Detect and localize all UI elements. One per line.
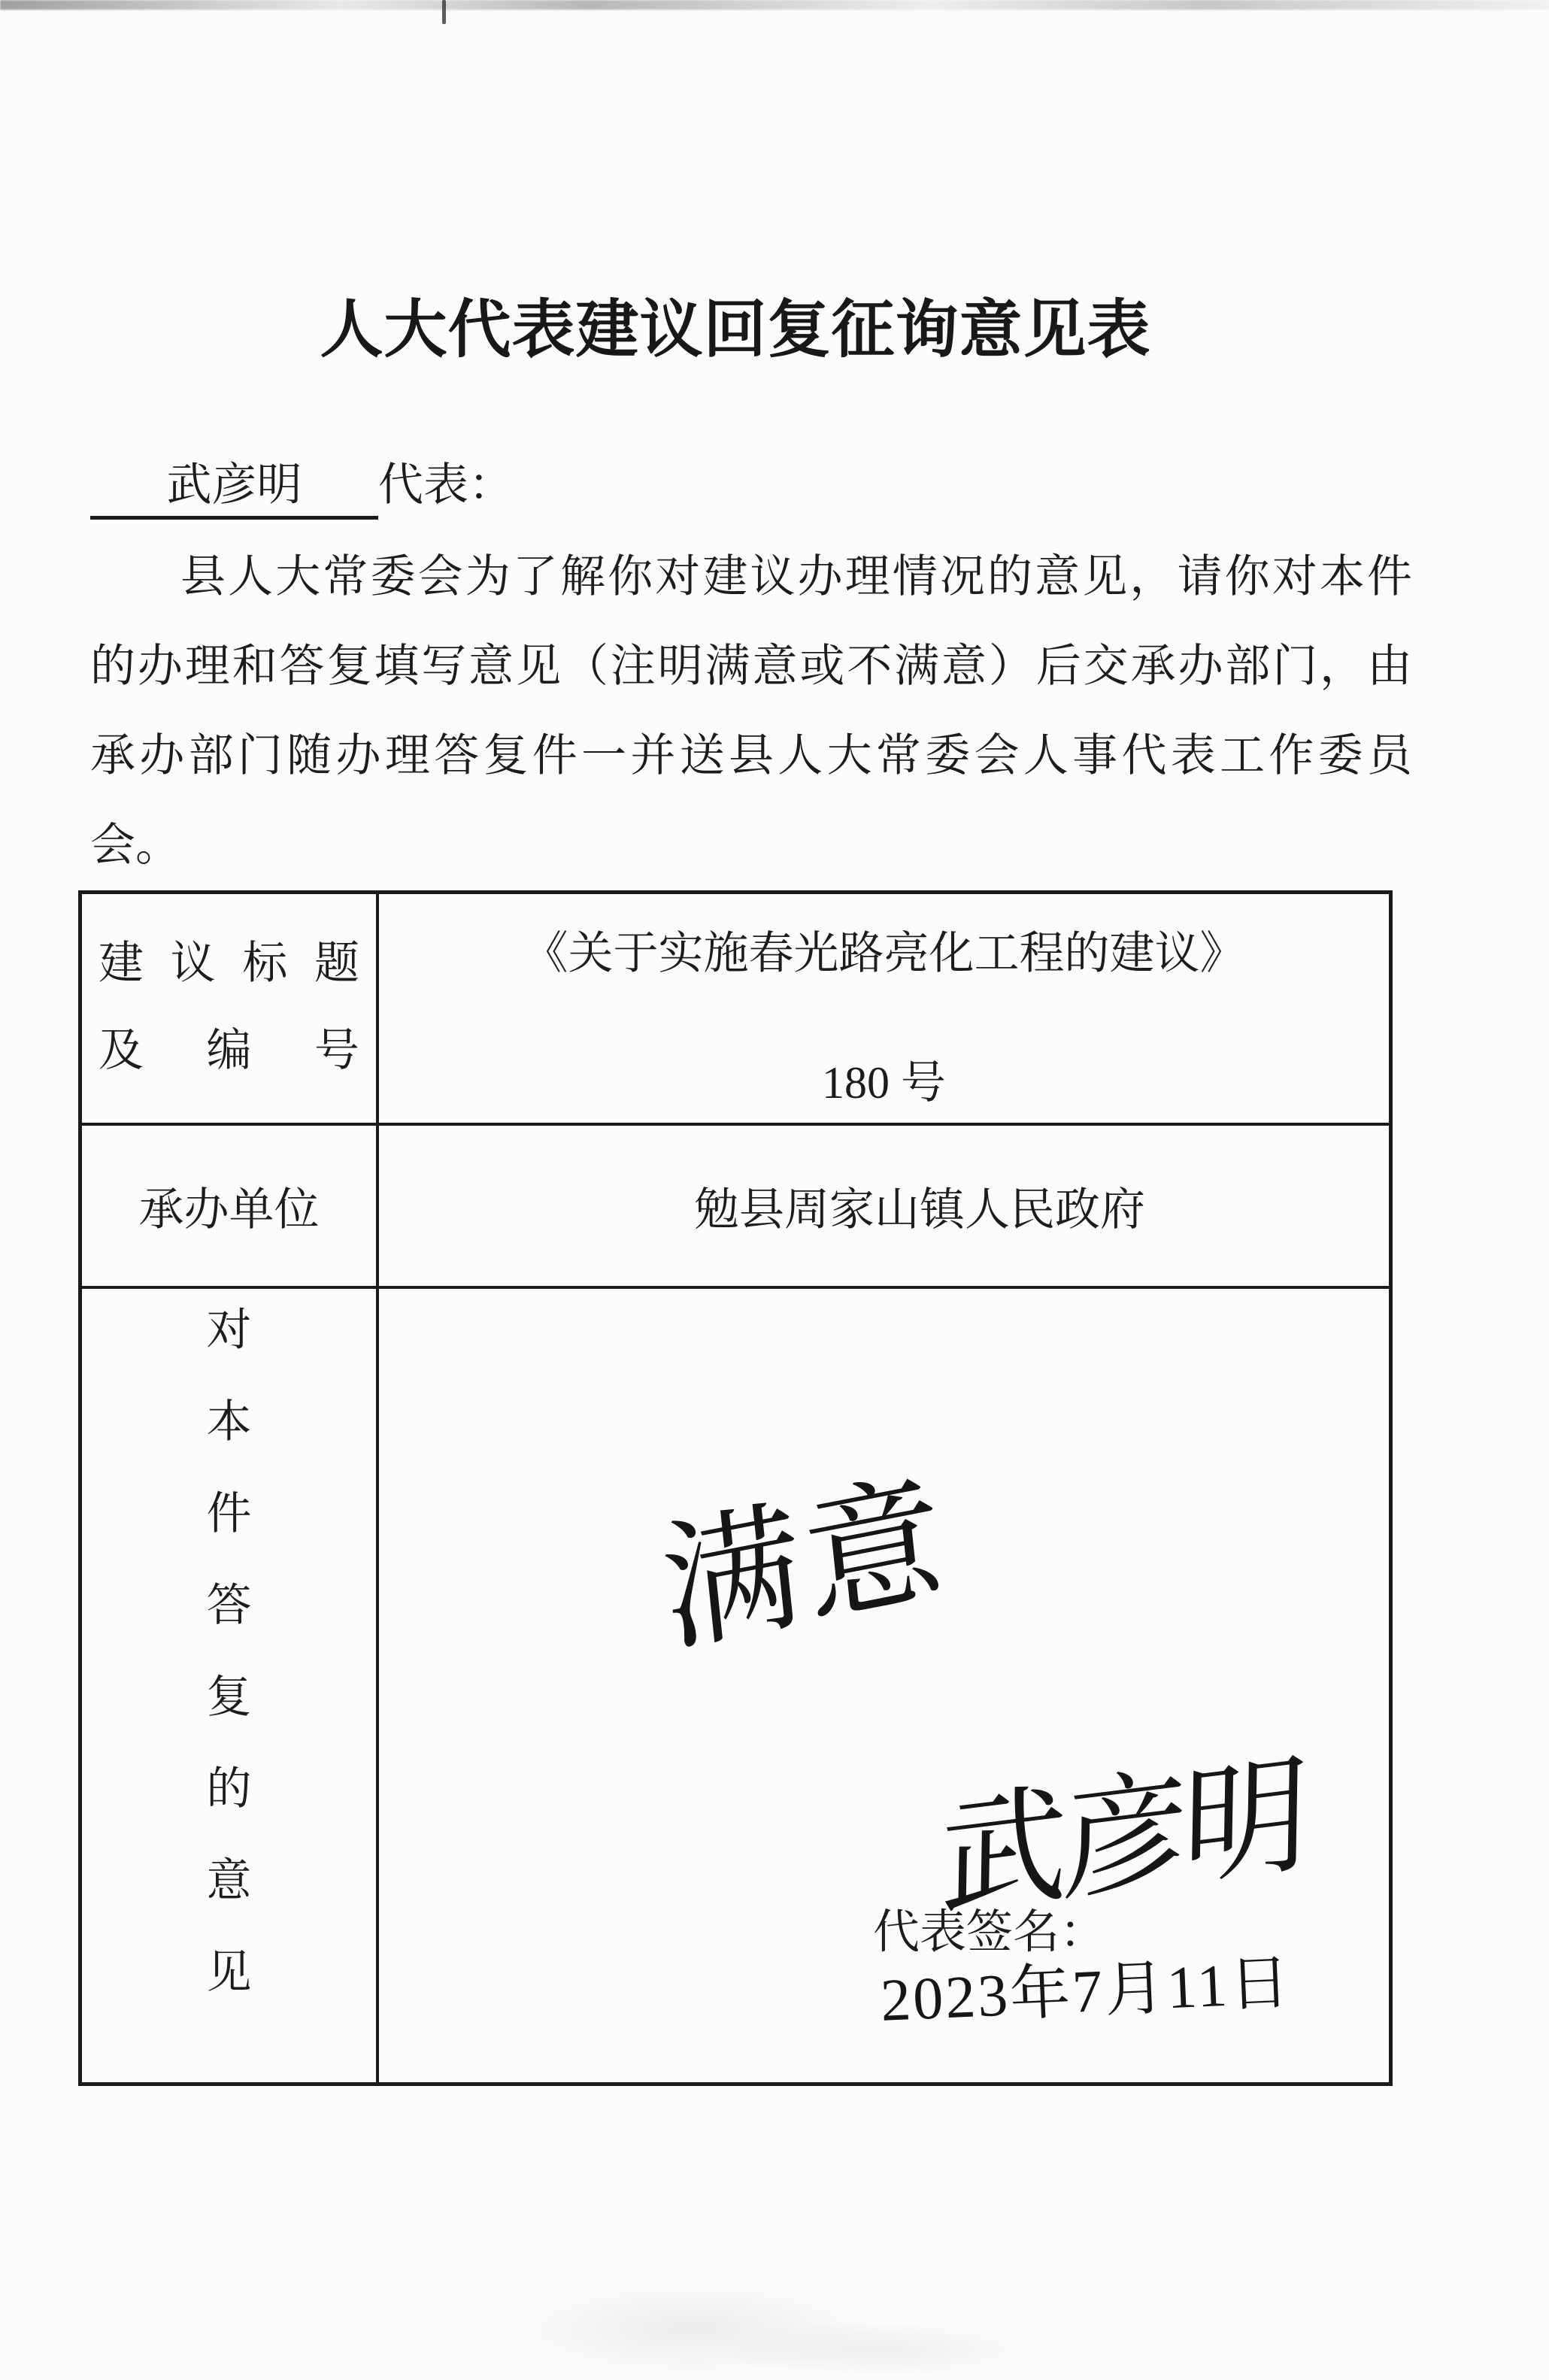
table-row-handling-unit: 承办单位 勉县周家山镇人民政府: [82, 1126, 1389, 1289]
vertical-label-char: 对: [207, 1307, 252, 1354]
paragraph-line: 的办理和答复填写意见（注明满意或不满意）后交承办部门，由: [90, 622, 1412, 711]
suggestion-form-table: 建议标题 及编号 《关于实施春光路亮化工程的建议》 180 号 承办单位 勉县周…: [78, 890, 1393, 2086]
vertical-label-char: 见: [207, 1949, 252, 1996]
label-text: 建议标题: [99, 920, 359, 1007]
cell-label-opinion-vertical: 对 本 件 答 复 的 意 见: [82, 1289, 379, 2082]
scan-edge-artifact: [0, 0, 1549, 10]
scan-smudge: [722, 2320, 1045, 2380]
cell-value-handling-unit: 勉县周家山镇人民政府: [379, 1126, 1389, 1286]
paragraph-line: 县人大常委会为了解你对建议办理情况的意见，请你对本件: [90, 532, 1412, 622]
greeting-line: 武彦明代表：: [90, 457, 514, 520]
paragraph-line: 承办部门随办理答复件一并送县人大常委会人事代表工作委员: [90, 711, 1412, 801]
table-row-title-number: 建议标题 及编号 《关于实施春光路亮化工程的建议》 180 号: [82, 894, 1389, 1126]
vertical-label-char: 本: [207, 1399, 252, 1445]
label-text: 及编号: [99, 1007, 359, 1094]
vertical-label-char: 复: [207, 1674, 252, 1721]
vertical-label-char: 的: [207, 1766, 252, 1812]
suggestion-number-text: 180 号: [822, 1054, 946, 1112]
cell-value-suggestion-title: 《关于实施春光路亮化工程的建议》 180 号: [379, 894, 1389, 1123]
greeting-suffix: 代表：: [378, 460, 514, 510]
suggestion-title-text: 《关于实施春光路亮化工程的建议》: [379, 924, 1389, 983]
paragraph-line: 会。: [90, 801, 1412, 890]
cell-label-suggestion-title: 建议标题 及编号: [82, 894, 379, 1123]
cell-label-handling-unit: 承办单位: [82, 1126, 379, 1286]
scanned-form-page: 人大代表建议回复征询意见表 武彦明代表： 县人大常委会为了解你对建议办理情况的意…: [0, 0, 1549, 2380]
vertical-label-char: 答: [207, 1582, 252, 1629]
page-title: 人大代表建议回复征询意见表: [78, 295, 1393, 364]
deputy-name-underlined: 武彦明: [90, 457, 378, 520]
vertical-label-char: 件: [207, 1490, 252, 1537]
scan-tick-artifact: [442, 0, 446, 24]
intro-paragraph: 县人大常委会为了解你对建议办理情况的意见，请你对本件 的办理和答复填写意见（注明…: [90, 532, 1412, 890]
vertical-label-char: 意: [207, 1857, 252, 1904]
